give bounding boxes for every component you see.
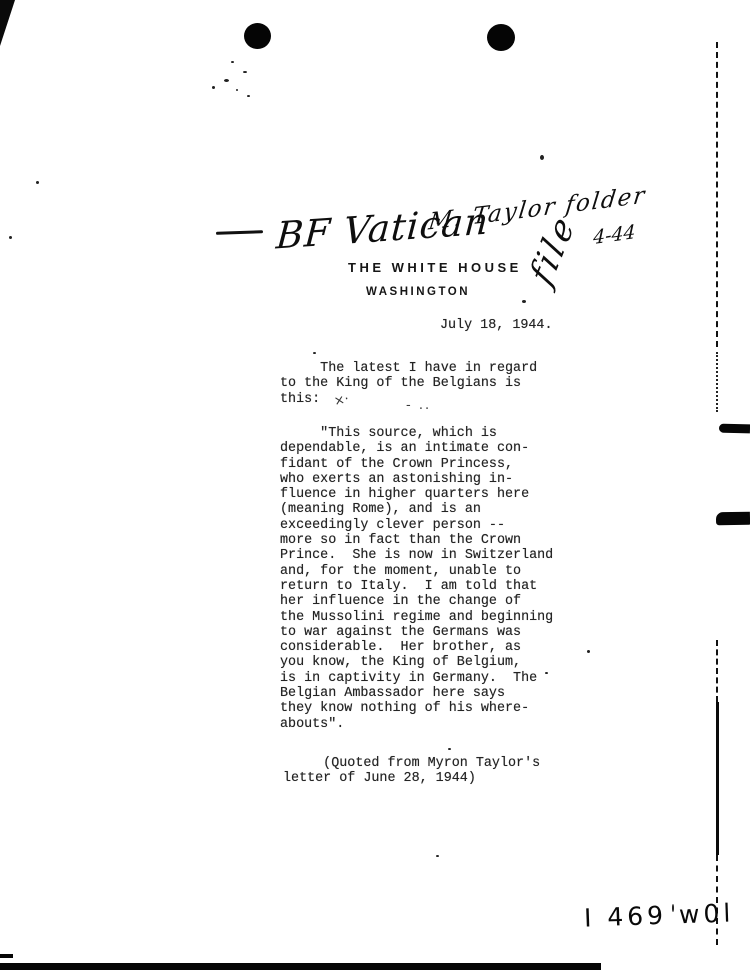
letterhead-the-white-house: THE WHITE HOUSE bbox=[348, 260, 522, 275]
scan-corner-artifact bbox=[0, 0, 15, 46]
letter-date: July 18, 1944. bbox=[440, 318, 553, 333]
handwritten-note-4-44: 4-44 bbox=[593, 221, 636, 249]
pencil-x-mark: ×· bbox=[333, 392, 351, 410]
hole-punch-right bbox=[487, 24, 515, 51]
edge-tape-mark-upper bbox=[719, 424, 750, 434]
handwritten-checkmark-dash bbox=[216, 230, 263, 235]
scan-bottom-edge-bar bbox=[0, 963, 601, 970]
page-edge-line-lower bbox=[716, 702, 719, 855]
scanned-letter-page: BF Vatican M. Taylor folder 4-44 file TH… bbox=[0, 0, 750, 972]
letterhead-washington: WASHINGTON bbox=[366, 286, 470, 298]
scan-bottom-edge-nub bbox=[0, 954, 13, 958]
page-edge-line-upper-mid bbox=[716, 352, 718, 412]
letter-closing-attribution: (Quoted from Myron Taylor's letter of Ju… bbox=[283, 756, 540, 787]
hole-punch-left bbox=[244, 23, 271, 49]
page-edge-line-mid bbox=[716, 640, 718, 702]
page-edge-line-top bbox=[716, 42, 718, 347]
letter-quoted-paragraph: "This source, which is dependable, is an… bbox=[280, 426, 553, 732]
edge-tape-mark-lower bbox=[716, 512, 750, 526]
handwritten-archive-code: I 469 w0l bbox=[584, 898, 735, 932]
pencil-dash-marks: - .. bbox=[406, 398, 431, 413]
